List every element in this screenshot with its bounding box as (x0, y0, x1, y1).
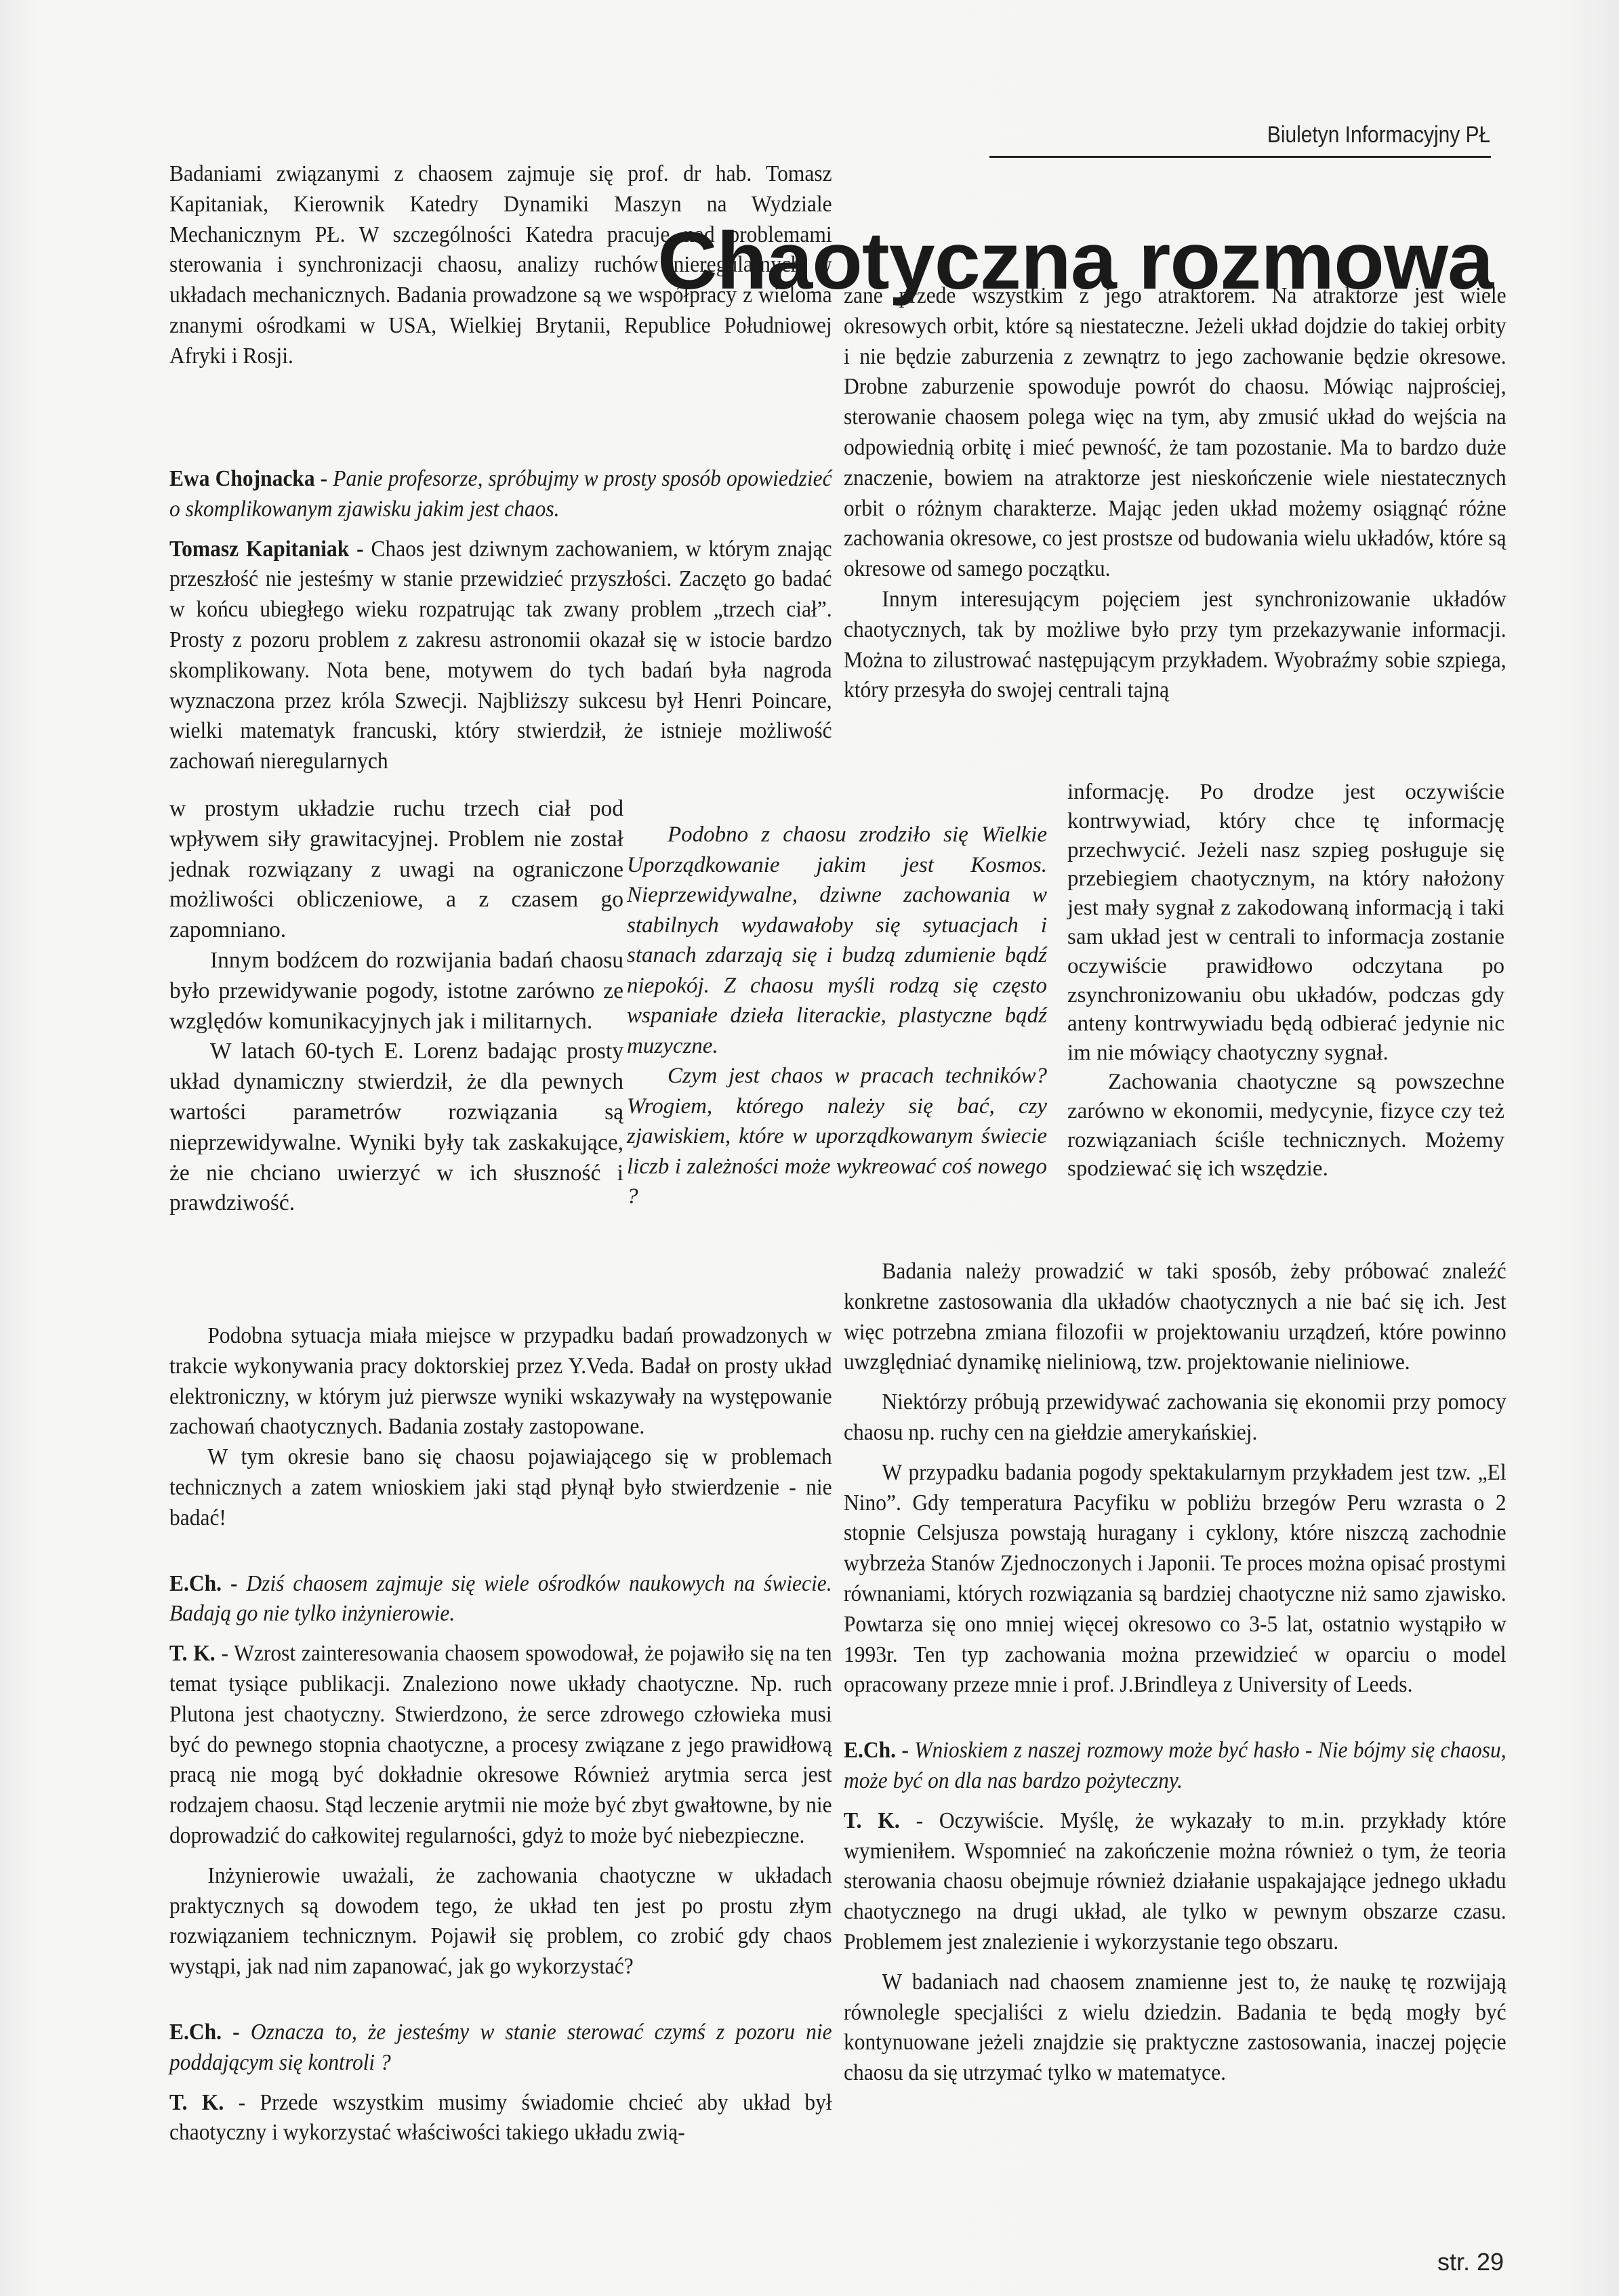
answer-text: - Wzrost zainteresowania chaosem spowodo… (169, 1641, 832, 1848)
answer-3: T. K. - Przede wszystkim musimy świadomi… (169, 2088, 832, 2149)
answer-4: T. K. - Oczywiście. Myślę, że wykazały t… (844, 1806, 1507, 1958)
interviewee-initials: T. K. (844, 1808, 900, 1833)
header-rule (989, 156, 1491, 158)
left-column-top: Ewa Chojnacka - Panie profesorze, spróbu… (169, 464, 832, 777)
right-column-bottom: Badania należy prowadzić w taki sposób, … (844, 1257, 1507, 2089)
pull-quote: Podobno z chaosu zrodziło się Wielkie Up… (627, 820, 1047, 1212)
page-number: str. 29 (1437, 2248, 1504, 2276)
interviewer-initials: E.Ch. - (169, 2020, 240, 2045)
paragraph-fear: W tym okresie bano się chaosu pojawiając… (169, 1442, 832, 1533)
answer-text: - Oczywiście. Myślę, że wykazały to m.in… (844, 1808, 1507, 1955)
answer-text: - Przede wszystkim musimy świadomie chci… (169, 2090, 832, 2146)
question-text: Wnioskiem z naszej rozmowy może być hasł… (844, 1738, 1507, 1793)
right-column-top: zane przede wszystkim z jego atraktorem.… (844, 281, 1507, 706)
pull-quote-paragraph-1: Podobno z chaosu zrodziło się Wielkie Up… (627, 820, 1047, 1061)
interviewer-initials: E.Ch. - (844, 1738, 909, 1763)
interviewee-initials: T. K. (169, 1641, 216, 1666)
interviewer-initials: E.Ch. - (169, 1571, 237, 1596)
interviewee-initials: T. K. (169, 2090, 224, 2115)
answer-1: Tomasz Kapitaniak - Chaos jest dziwnym z… (169, 535, 832, 777)
question-2: E.Ch. - Dziś chaosem zajmuje się wiele o… (169, 1569, 832, 1630)
interviewee-name: Tomasz Kapitaniak - (169, 537, 364, 562)
magazine-page: Biuletyn Informacyjny PŁ Chaotyczna rozm… (0, 0, 1619, 2296)
publication-header: Biuletyn Informacyjny PŁ (1267, 122, 1490, 148)
right-column-middle: informację. Po drodze jest oczywiście ko… (1067, 778, 1504, 1184)
left-column-narrow: w prostym układzie ruchu trzech ciał pod… (169, 794, 623, 1219)
paragraph-el-nino: W przypadku badania pogody spektakularny… (844, 1458, 1507, 1700)
paragraph-spy: informację. Po drodze jest oczywiście ko… (1067, 778, 1504, 1068)
interviewer-name: Ewa Chojnacka - (169, 466, 327, 491)
intro-paragraph: Badaniami związanymi z chaosem zajmuje s… (169, 159, 832, 372)
article-intro: Badaniami związanymi z chaosem zajmuje s… (169, 159, 638, 372)
question-4: E.Ch. - Wnioskiem z naszej rozmowy może … (844, 1736, 1507, 1797)
answer-1-continued: w prostym układzie ruchu trzech ciał pod… (169, 794, 623, 946)
paragraph-common: Zachowania chaotyczne są powszechne zaró… (1067, 1068, 1504, 1184)
answer-3-continued: zane przede wszystkim z jego atraktorem.… (844, 281, 1507, 585)
answer-2: T. K. - Wzrost zainteresowania chaosem s… (169, 1639, 832, 1852)
question-text: Oznacza to, że jesteśmy w stanie sterowa… (169, 2020, 832, 2075)
paragraph-synchronization: Innym interesującym pojęciem jest synchr… (844, 585, 1507, 706)
question-3: E.Ch. - Oznacza to, że jesteśmy w stanie… (169, 2018, 832, 2079)
paragraph-weather: Innym bodźcem do rozwijania badań chaosu… (169, 946, 623, 1037)
paragraph-veda: Podobna sytuacja miała miejsce w przypad… (169, 1321, 832, 1442)
left-column-bottom: Podobna sytuacja miała miejsce w przypad… (169, 1321, 832, 2148)
paragraph-research: Badania należy prowadzić w taki sposób, … (844, 1257, 1507, 1378)
paragraph-engineers: Inżynierowie uważali, że zachowania chao… (169, 1861, 832, 1982)
paragraph-conclusion: W badaniach nad chaosem znamienne jest t… (844, 1967, 1507, 2089)
pull-quote-paragraph-2: Czym jest chaos w pracach techników? Wro… (627, 1061, 1047, 1212)
question-1: Ewa Chojnacka - Panie profesorze, spróbu… (169, 464, 832, 525)
paragraph-economy: Niektórzy próbują przewidywać zachowania… (844, 1387, 1507, 1448)
paragraph-lorenz: W latach 60-tych E. Lorenz badając prost… (169, 1037, 623, 1219)
answer-text: Chaos jest dziwnym zachowaniem, w którym… (169, 537, 832, 774)
question-text: Dziś chaosem zajmuje się wiele ośrodków … (169, 1571, 832, 1627)
